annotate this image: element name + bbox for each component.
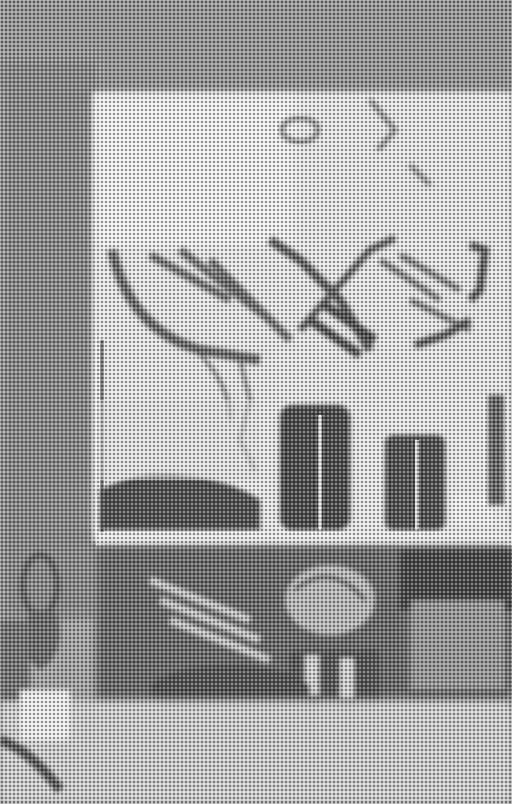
halftone-photo	[0, 0, 512, 804]
floor	[0, 700, 512, 804]
shelf	[96, 532, 512, 546]
tall-panel-left	[280, 405, 350, 530]
left-wall	[0, 60, 95, 620]
photo-scene	[0, 0, 512, 804]
